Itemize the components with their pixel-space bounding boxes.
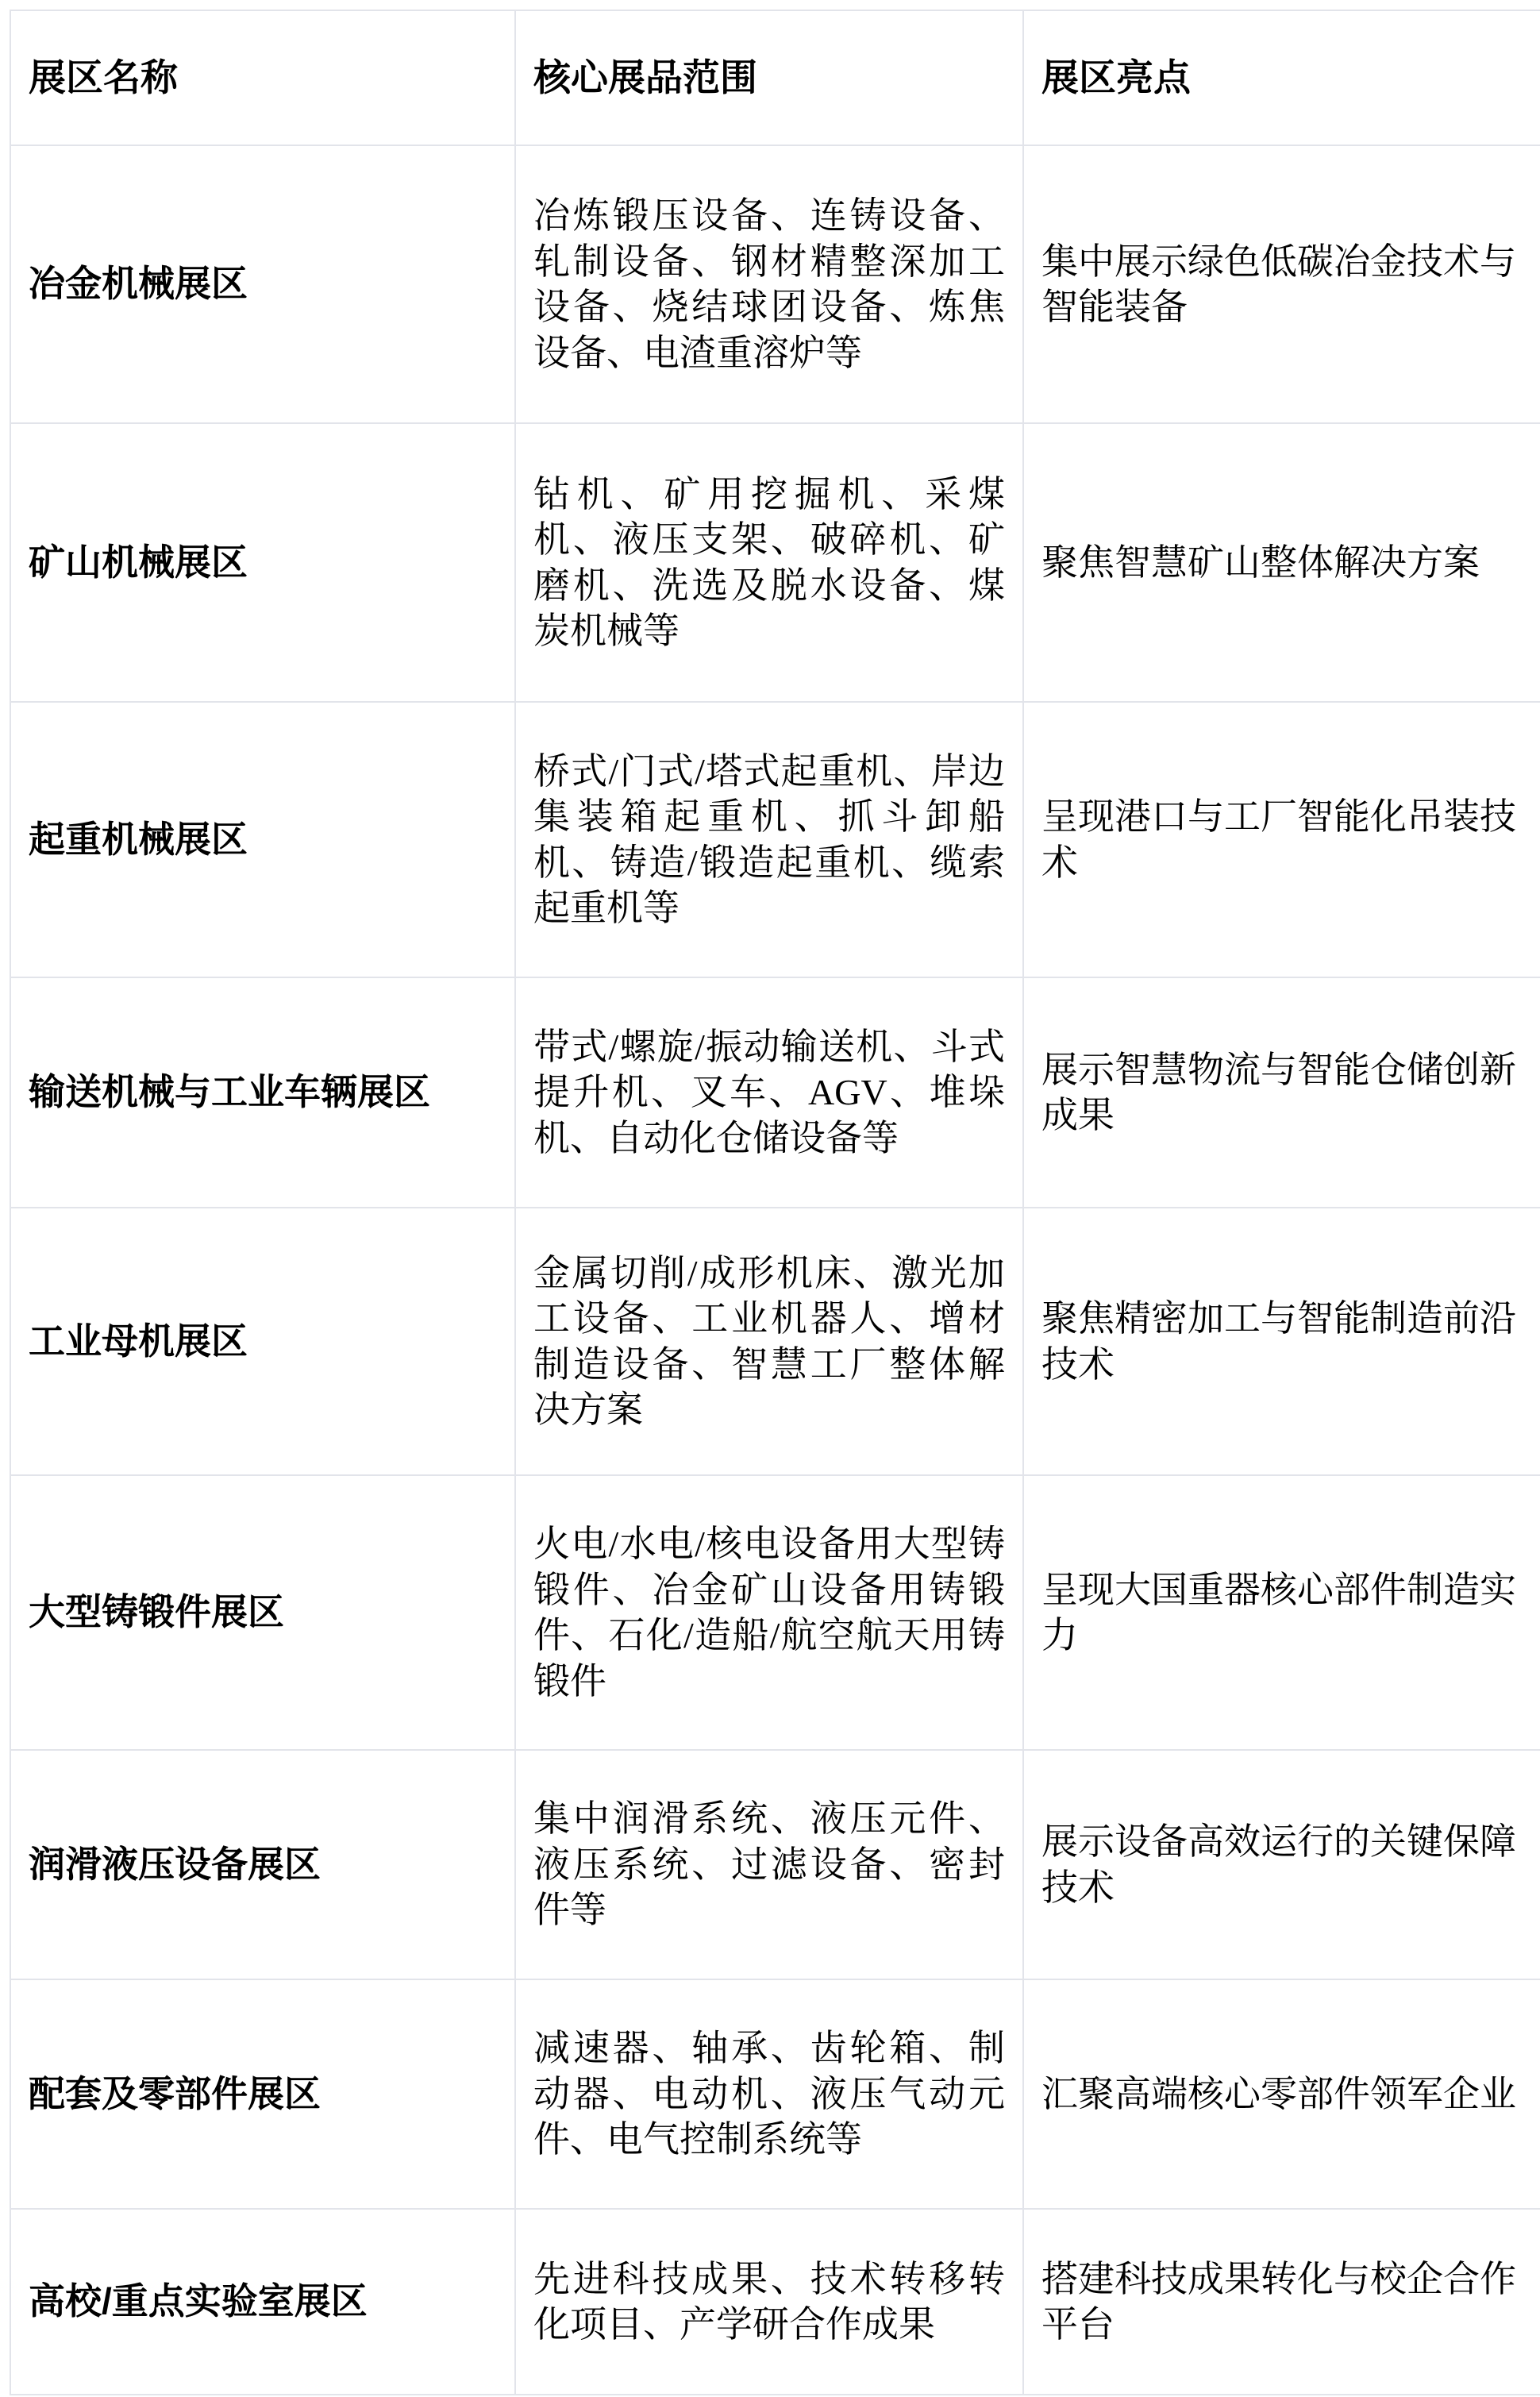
table-body: 冶金机械展区冶炼锻压设备、连铸设备、轧制设备、钢材精整深加工设备、烧结球团设备、… [10,145,1540,2395]
column-header-zone-name: 展区名称 [10,10,515,145]
highlight-cell: 集中展示绿色低碳冶金技术与智能装备 [1023,145,1540,423]
table-row: 配套及零部件展区减速器、轴承、齿轮箱、制动器、电动机、液压气动元件、电气控制系统… [10,1979,1540,2209]
scope-cell: 火电/水电/核电设备用大型铸锻件、冶金矿山设备用铸锻件、石化/造船/航空航天用铸… [515,1475,1023,1750]
scope-cell: 带式/螺旋/振动输送机、斗式提升机、叉车、AGV、堆垛机、自动化仓储设备等 [515,977,1023,1208]
scope-cell: 集中润滑系统、液压元件、液压系统、过滤设备、密封件等 [515,1750,1023,1979]
column-header-scope: 核心展品范围 [515,10,1023,145]
highlight-cell: 展示智慧物流与智能仓储创新成果 [1023,977,1540,1208]
table-row: 工业母机展区金属切削/成形机床、激光加工设备、工业机器人、增材制造设备、智慧工厂… [10,1208,1540,1475]
highlight-cell: 展示设备高效运行的关键保障技术 [1023,1750,1540,1979]
page: 展区名称 核心展品范围 展区亮点 冶金机械展区冶炼锻压设备、连铸设备、轧制设备、… [0,0,1540,2397]
scope-cell: 冶炼锻压设备、连铸设备、轧制设备、钢材精整深加工设备、烧结球团设备、炼焦设备、电… [515,145,1023,423]
zone-name-cell: 工业母机展区 [10,1208,515,1475]
table-row: 高校/重点实验室展区先进科技成果、技术转移转化项目、产学研合作成果搭建科技成果转… [10,2209,1540,2395]
table-row: 输送机械与工业车辆展区带式/螺旋/振动输送机、斗式提升机、叉车、AGV、堆垛机、… [10,977,1540,1208]
table-row: 矿山机械展区钻机、矿用挖掘机、采煤机、液压支架、破碎机、矿磨机、洗选及脱水设备、… [10,423,1540,702]
zone-name-cell: 起重机械展区 [10,702,515,977]
exhibition-table: 展区名称 核心展品范围 展区亮点 冶金机械展区冶炼锻压设备、连铸设备、轧制设备、… [10,10,1540,2395]
header-row: 展区名称 核心展品范围 展区亮点 [10,10,1540,145]
table-row: 冶金机械展区冶炼锻压设备、连铸设备、轧制设备、钢材精整深加工设备、烧结球团设备、… [10,145,1540,423]
highlight-cell: 聚焦智慧矿山整体解决方案 [1023,423,1540,702]
zone-name-cell: 大型铸锻件展区 [10,1475,515,1750]
scope-cell: 桥式/门式/塔式起重机、岸边集装箱起重机、抓斗卸船机、铸造/锻造起重机、缆索起重… [515,702,1023,977]
zone-name-cell: 配套及零部件展区 [10,1979,515,2209]
highlight-cell: 呈现港口与工厂智能化吊装技术 [1023,702,1540,977]
highlight-cell: 呈现大国重器核心部件制造实力 [1023,1475,1540,1750]
column-header-highlight: 展区亮点 [1023,10,1540,145]
zone-name-cell: 冶金机械展区 [10,145,515,423]
zone-name-cell: 润滑液压设备展区 [10,1750,515,1979]
highlight-cell: 搭建科技成果转化与校企合作平台 [1023,2209,1540,2395]
scope-cell: 减速器、轴承、齿轮箱、制动器、电动机、液压气动元件、电气控制系统等 [515,1979,1023,2209]
table-row: 润滑液压设备展区集中润滑系统、液压元件、液压系统、过滤设备、密封件等展示设备高效… [10,1750,1540,1979]
highlight-cell: 汇聚高端核心零部件领军企业 [1023,1979,1540,2209]
zone-name-cell: 高校/重点实验室展区 [10,2209,515,2395]
zone-name-cell: 输送机械与工业车辆展区 [10,977,515,1208]
scope-cell: 先进科技成果、技术转移转化项目、产学研合作成果 [515,2209,1023,2395]
zone-name-cell: 矿山机械展区 [10,423,515,702]
table-row: 大型铸锻件展区火电/水电/核电设备用大型铸锻件、冶金矿山设备用铸锻件、石化/造船… [10,1475,1540,1750]
table-row: 起重机械展区桥式/门式/塔式起重机、岸边集装箱起重机、抓斗卸船机、铸造/锻造起重… [10,702,1540,977]
scope-cell: 金属切削/成形机床、激光加工设备、工业机器人、增材制造设备、智慧工厂整体解决方案 [515,1208,1023,1475]
highlight-cell: 聚焦精密加工与智能制造前沿技术 [1023,1208,1540,1475]
scope-cell: 钻机、矿用挖掘机、采煤机、液压支架、破碎机、矿磨机、洗选及脱水设备、煤炭机械等 [515,423,1023,702]
